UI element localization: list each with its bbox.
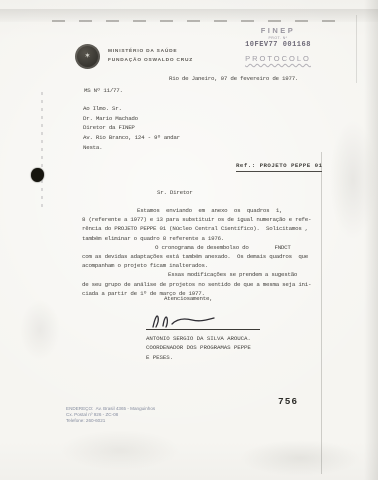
body-line: rência do PROJETO PEPPE 01 (Núcleo Centr… bbox=[82, 224, 330, 233]
letterhead-foundation: FUNDAÇÃO OSWALDO CRUZ bbox=[108, 56, 193, 65]
scan-edge-shadow bbox=[364, 0, 378, 480]
body-line: 8 (referente a 1977) e 13 para substitui… bbox=[82, 215, 330, 224]
body-line: de seu grupo de análise de projetos no s… bbox=[82, 280, 330, 289]
signer-title: E PESES. bbox=[146, 353, 251, 362]
stamp-org: FINEP bbox=[228, 26, 328, 35]
signer-block: ANTONIO SERGIO DA SILVA AROUCA. COORDENA… bbox=[146, 334, 251, 362]
salutation: Sr. Diretor bbox=[157, 188, 193, 197]
paper-stain bbox=[240, 440, 360, 476]
dateline: Rio de Janeiro, 07 de fevereiro de 1977. bbox=[169, 74, 298, 83]
recipient-line: Nesta. bbox=[83, 143, 180, 153]
reference-line: Ref.: PROJETO PEPPE 01 bbox=[236, 161, 322, 172]
fiocruz-logo-icon: ✶ bbox=[75, 44, 100, 69]
document-number: MS Nº 11/77. bbox=[84, 86, 123, 95]
body-line: Estamos enviando em anexo os quadros 1, bbox=[82, 206, 330, 215]
recipient-line: Dr. Mario Machado bbox=[83, 114, 180, 124]
recipient-line: Av. Rio Branco, 124 - 9º andar bbox=[83, 133, 180, 143]
body-line: Essas modificações se prendem a sugestão bbox=[82, 270, 330, 279]
stamp-date-number: 10FEV77 001168 bbox=[228, 41, 328, 49]
recipient-line: Ao Ilmo. Sr. bbox=[83, 104, 180, 114]
footer-line: Telefone: 260-6021 bbox=[66, 418, 155, 424]
paper-stain bbox=[330, 120, 376, 240]
paper-fold-line bbox=[321, 152, 322, 474]
letterhead: MINISTÉRIO DA SAÚDE FUNDAÇÃO OSWALDO CRU… bbox=[108, 47, 193, 65]
recipient-line: Diretor da FINEP bbox=[83, 123, 180, 133]
body-line: O cronograma de desembolso do FNDCT bbox=[82, 243, 330, 252]
emblem-star-icon: ✶ bbox=[85, 52, 90, 61]
body-line: com as devidas adaptações está também an… bbox=[82, 252, 330, 261]
handwritten-signature-icon bbox=[144, 311, 266, 333]
page-number: 756 bbox=[278, 396, 298, 407]
margin-marks bbox=[41, 92, 43, 212]
closing: Atenciosamente, bbox=[164, 294, 212, 303]
letterhead-ministry: MINISTÉRIO DA SAÚDE bbox=[108, 47, 193, 56]
stamp-small-label: PROT. Nº bbox=[228, 36, 328, 40]
footer-address: ENDEREÇO: Av. Brasil 4365 - Manguinhos C… bbox=[66, 406, 155, 424]
letter-page: ✶ MINISTÉRIO DA SAÚDE FUNDAÇÃO OSWALDO C… bbox=[0, 0, 378, 480]
body-line: acompanham o projeto ficam inalterados. bbox=[82, 261, 330, 270]
signer-name: ANTONIO SERGIO DA SILVA AROUCA. bbox=[146, 334, 251, 343]
signer-title: COORDENADOR DOS PROGRAMAS PEPPE bbox=[146, 343, 251, 352]
recipient-block: Ao Ilmo. Sr. Dr. Mario Machado Diretor d… bbox=[83, 104, 180, 153]
stamp-protocol-label: PROTOCOLO bbox=[228, 54, 328, 63]
paper-stain bbox=[60, 430, 180, 470]
letter-body: Estamos enviando em anexo os quadros 1, … bbox=[82, 206, 330, 298]
scan-dashed-line bbox=[52, 20, 336, 22]
paper-stain bbox=[20, 300, 60, 360]
paper-fold-line-top bbox=[356, 15, 357, 83]
body-line: também eliminar o quadro 8 referente a 1… bbox=[82, 234, 330, 243]
protocol-stamp: FINEP PROT. Nº 10FEV77 001168 PROTOCOLO bbox=[228, 26, 328, 63]
